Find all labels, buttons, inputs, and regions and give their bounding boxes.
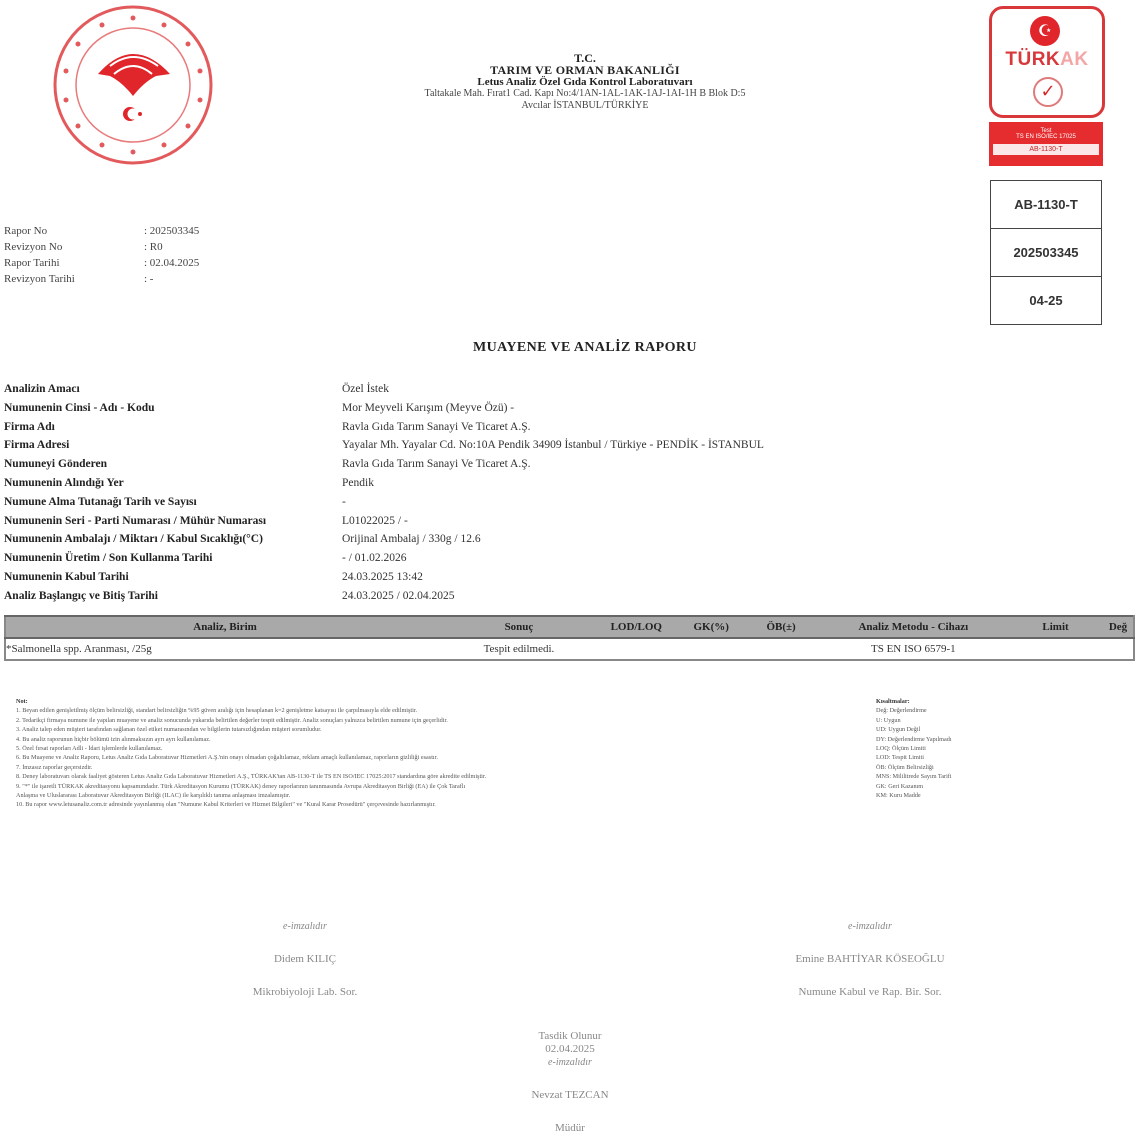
report-info-row: Revizyon Tarihi: - xyxy=(4,271,199,287)
abbreviation-item: U: Uygun xyxy=(876,716,1056,725)
signature-approval: Tasdik Olunur 02.04.2025 e-imzalıdır Nev… xyxy=(440,1030,700,1135)
col-header-uncertainty: ÖB(±) xyxy=(744,616,819,638)
note-item: 5. Özel fırsat raporları Adli - İdari iş… xyxy=(16,744,836,753)
report-number-box: 202503345 xyxy=(991,229,1102,277)
detail-value: Ravla Gıda Tarım Sanayi Ve Ticaret A.Ş. xyxy=(342,418,531,437)
notes-heading: Not: xyxy=(16,697,836,706)
col-header-limit: Limit xyxy=(1008,616,1103,638)
header-ministry: TARIM VE ORMAN BAKANLIĞI xyxy=(300,64,870,76)
note-item: 6. Bu Muayene ve Analiz Raporu, Letus An… xyxy=(16,753,836,762)
detail-value: 24.03.2025 13:42 xyxy=(342,568,423,587)
header-address: Taltakale Mah. Fırat1 Cad. Kapı No:4/1AN… xyxy=(300,88,870,100)
col-header-analysis: Analiz, Birim xyxy=(5,616,444,638)
detail-label: Numunenin Kabul Tarihi xyxy=(4,568,342,587)
signatory-role: Müdür xyxy=(440,1122,700,1135)
abbreviations-heading: Kısaltmalar: xyxy=(876,697,1056,706)
report-info-value: : R0 xyxy=(144,239,163,255)
col-header-evaluation: Değ xyxy=(1103,616,1134,638)
checkmark-icon: ✓ xyxy=(1033,77,1063,107)
accreditation-number: AB-1130-T xyxy=(991,181,1102,229)
detail-row: Firma AdresiYayalar Mh. Yayalar Cd. No:1… xyxy=(4,436,764,455)
detail-value: L01022025 / - xyxy=(342,512,408,531)
approval-date: 02.04.2025 xyxy=(440,1043,700,1056)
sample-details: Analizin AmacıÖzel İstek Numunenin Cinsi… xyxy=(4,380,764,606)
detail-label: Numune Alma Tutanağı Tarih ve Sayısı xyxy=(4,493,342,512)
detail-row: Analizin AmacıÖzel İstek xyxy=(4,380,764,399)
note-item: 2. Tedarikçi firmaya numune ile yapılan … xyxy=(16,716,836,725)
detail-row: Numunenin Ambalajı / Miktarı / Kabul Sıc… xyxy=(4,530,764,549)
col-header-result: Sonuç xyxy=(444,616,594,638)
table-header-row: Analiz, Birim Sonuç LOD/LOQ GK(%) ÖB(±) … xyxy=(5,616,1134,638)
abbreviation-item: DY: Değerlendirme Yapılmadı xyxy=(876,735,1056,744)
abbreviation-item: KM: Kuru Madde xyxy=(876,791,1056,800)
cell-limit xyxy=(1008,638,1103,660)
signatory-name: Emine BAHTİYAR KÖSEOĞLU xyxy=(720,943,1020,976)
lab-header: T.C. TARIM VE ORMAN BAKANLIĞI Letus Anal… xyxy=(300,52,870,112)
detail-row: Numune Alma Tutanağı Tarih ve Sayısı- xyxy=(4,493,764,512)
ministry-seal-icon xyxy=(52,4,214,166)
detail-row: Numuneyi GönderenRavla Gıda Tarım Sanayi… xyxy=(4,455,764,474)
cell-result: Tespit edilmedi. xyxy=(444,638,594,660)
detail-label: Numunenin Seri - Parti Numarası / Mühür … xyxy=(4,512,342,531)
turkak-code: AB-1130-T xyxy=(993,144,1099,155)
detail-label: Firma Adı xyxy=(4,418,342,437)
report-info-label: Rapor Tarihi xyxy=(4,255,144,271)
detail-label: Numuneyi Gönderen xyxy=(4,455,342,474)
detail-value: - / 01.02.2026 xyxy=(342,549,407,568)
signatory-role: Numune Kabul ve Rap. Bir. Sor. xyxy=(720,976,1020,1009)
detail-label: Analizin Amacı xyxy=(4,380,342,399)
abbreviations-section: Kısaltmalar: Değ: Değerlendirme U: Uygun… xyxy=(876,697,1056,800)
abbreviation-item: Değ: Değerlendirme xyxy=(876,706,1056,715)
analysis-results-table: Analiz, Birim Sonuç LOD/LOQ GK(%) ÖB(±) … xyxy=(4,615,1135,661)
detail-value: 24.03.2025 / 02.04.2025 xyxy=(342,587,454,606)
report-info-value: : 202503345 xyxy=(144,223,199,239)
cell-recovery xyxy=(679,638,744,660)
signatory-name: Nevzat TEZCAN xyxy=(440,1089,700,1102)
signature-right: e-imzalıdır Emine BAHTİYAR KÖSEOĞLU Numu… xyxy=(720,910,1020,1009)
detail-value: Pendik xyxy=(342,474,374,493)
detail-value: Orijinal Ambalaj / 330g / 12.6 xyxy=(342,530,481,549)
cell-evaluation xyxy=(1103,638,1134,660)
note-item: 1. Beyan edilen genişletilmiş ölçüm beli… xyxy=(16,706,836,715)
turkak-word-main: TÜRK xyxy=(1005,49,1060,70)
date-code: 04-25 xyxy=(991,277,1102,325)
detail-row: Numunenin Alındığı YerPendik xyxy=(4,474,764,493)
detail-row: Numunenin Cinsi - Adı - KoduMor Meyveli … xyxy=(4,399,764,418)
signatory-name: Didem KILIÇ xyxy=(180,943,430,976)
note-item: Anlaşma ve Uluslararası Laboratuvar Akre… xyxy=(16,791,836,800)
detail-label: Numunenin Cinsi - Adı - Kodu xyxy=(4,399,342,418)
turkak-standard-label: TS EN ISO/IEC 17025 xyxy=(989,134,1103,140)
signature-left: e-imzalıdır Didem KILIÇ Mikrobiyoloji La… xyxy=(180,910,430,1009)
detail-row: Firma AdıRavla Gıda Tarım Sanayi Ve Tica… xyxy=(4,418,764,437)
detail-row: Numunenin Seri - Parti Numarası / Mühür … xyxy=(4,512,764,531)
col-header-recovery: GK(%) xyxy=(679,616,744,638)
report-info-value: : 02.04.2025 xyxy=(144,255,199,271)
detail-label: Numunenin Alındığı Yer xyxy=(4,474,342,493)
detail-value: - xyxy=(342,493,346,512)
crescent-star-icon: ☪ xyxy=(1030,16,1060,46)
cell-method: TS EN ISO 6579-1 xyxy=(819,638,1009,660)
note-item: 9. "*" ile işaretli TÜRKAK akreditasyonu… xyxy=(16,782,836,791)
abbreviation-item: LOQ: Ölçüm Limiti xyxy=(876,744,1056,753)
detail-label: Numunenin Üretim / Son Kullanma Tarihi xyxy=(4,549,342,568)
report-info-value: : - xyxy=(144,271,153,287)
report-info-label: Revizyon No xyxy=(4,239,144,255)
turkak-accreditation-badge: ☪ TÜRKAK ✓ Test TS EN ISO/IEC 17025 AB-1… xyxy=(989,6,1103,166)
note-item: 8. Deney laboratuvarı olarak faaliyet gö… xyxy=(16,772,836,781)
esign-label: e-imzalıdır xyxy=(180,910,430,943)
detail-value: Yayalar Mh. Yayalar Cd. No:10A Pendik 34… xyxy=(342,436,764,455)
note-item: 4. Bu analiz raporunun hiçbir bölümü izi… xyxy=(16,735,836,744)
header-city: Avcılar İSTANBUL/TÜRKİYE xyxy=(300,100,870,112)
note-item: 10. Bu rapor www.letusanaliz.com.tr adre… xyxy=(16,800,836,809)
col-header-lod-loq: LOD/LOQ xyxy=(594,616,679,638)
turkak-logo-frame: ☪ TÜRKAK ✓ xyxy=(989,6,1105,118)
turkak-word-accent: AK xyxy=(1060,49,1088,70)
abbreviation-item: UD: Uygun Değil xyxy=(876,725,1056,734)
detail-label: Analiz Başlangıç ve Bitiş Tarihi xyxy=(4,587,342,606)
esign-label: e-imzalıdır xyxy=(720,910,1020,943)
abbreviation-item: LOD: Tespit Limiti xyxy=(876,753,1056,762)
signatory-role: Mikrobiyoloji Lab. Sor. xyxy=(180,976,430,1009)
detail-label: Firma Adresi xyxy=(4,436,342,455)
report-info-label: Rapor No xyxy=(4,223,144,239)
abbreviation-item: ÖB: Ölçüm Belirsizliği xyxy=(876,763,1056,772)
cell-lod-loq xyxy=(594,638,679,660)
note-item: 7. İmzasız raporlar geçersizdir. xyxy=(16,763,836,772)
detail-value: Ravla Gıda Tarım Sanayi Ve Ticaret A.Ş. xyxy=(342,455,531,474)
report-info-row: Revizyon No: R0 xyxy=(4,239,199,255)
cell-analysis: *Salmonella spp. Aranması, /25g xyxy=(5,638,444,660)
turkak-accreditation-strip: Test TS EN ISO/IEC 17025 AB-1130-T xyxy=(989,122,1103,166)
abbreviation-item: MNS: Mililitrede Sayım Tarifi xyxy=(876,772,1056,781)
approval-label: Tasdik Olunur xyxy=(440,1030,700,1043)
header-lab-name: Letus Analiz Özel Gıda Kontrol Laboratuv… xyxy=(300,76,870,88)
detail-value: Özel İstek xyxy=(342,380,389,399)
report-id-box: AB-1130-T 202503345 04-25 xyxy=(990,180,1102,325)
detail-row: Numunenin Üretim / Son Kullanma Tarihi- … xyxy=(4,549,764,568)
notes-section: Not: 1. Beyan edilen genişletilmiş ölçüm… xyxy=(16,697,836,810)
detail-label: Numunenin Ambalajı / Miktarı / Kabul Sıc… xyxy=(4,530,342,549)
detail-row: Analiz Başlangıç ve Bitiş Tarihi24.03.20… xyxy=(4,587,764,606)
note-item: 3. Analiz talep eden müşteri tarafından … xyxy=(16,725,836,734)
detail-row: Numunenin Kabul Tarihi24.03.2025 13:42 xyxy=(4,568,764,587)
detail-value: Mor Meyveli Karışım (Meyve Özü) - xyxy=(342,399,514,418)
abbreviation-item: GK: Geri Kazanım xyxy=(876,782,1056,791)
cell-uncertainty xyxy=(744,638,819,660)
table-row: *Salmonella spp. Aranması, /25g Tespit e… xyxy=(5,638,1134,660)
turkak-wordmark: TÜRKAK xyxy=(992,49,1102,71)
report-info-row: Rapor Tarihi: 02.04.2025 xyxy=(4,255,199,271)
esign-label: e-imzalıdır xyxy=(440,1056,700,1069)
col-header-method: Analiz Metodu - Cihazı xyxy=(819,616,1009,638)
report-title: MUAYENE VE ANALİZ RAPORU xyxy=(300,340,870,356)
report-info-label: Revizyon Tarihi xyxy=(4,271,144,287)
report-info-row: Rapor No: 202503345 xyxy=(4,223,199,239)
report-info: Rapor No: 202503345 Revizyon No: R0 Rapo… xyxy=(4,223,199,287)
